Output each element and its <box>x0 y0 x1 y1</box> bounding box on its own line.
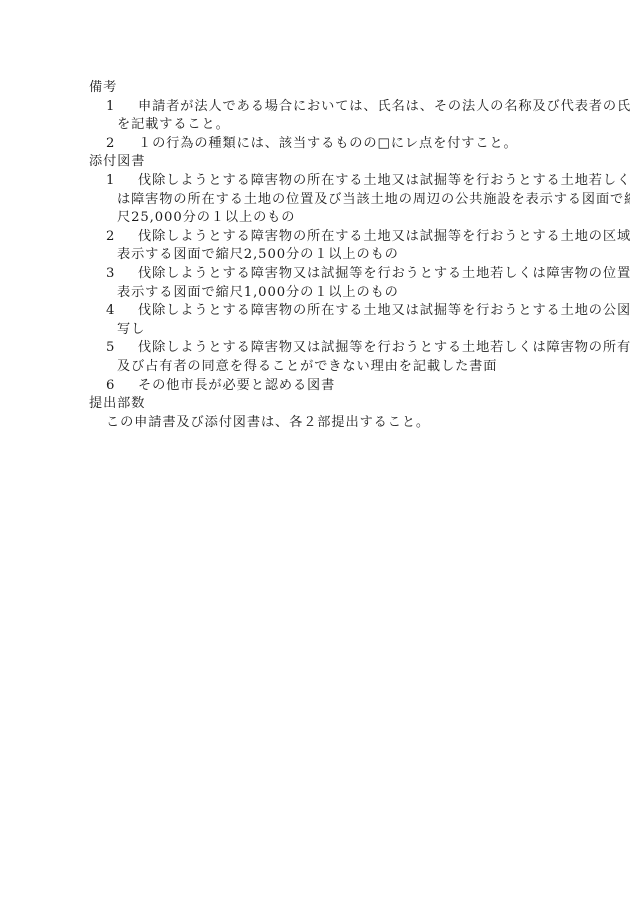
section-heading: 添付図書 <box>89 153 549 172</box>
item-text-line: 伐除しようとする障害物又は試掘等を行おうとする土地若しくは障害物の位置を <box>138 266 630 281</box>
item-number: 1 <box>106 98 138 117</box>
list-item: 5伐除しようとする障害物又は試掘等を行おうとする土地若しくは障害物の所有者 及び… <box>89 339 549 376</box>
item-number: 1 <box>106 172 138 191</box>
list-item: 1伐除しようとする障害物の所在する土地又は試掘等を行おうとする土地若しく は障害… <box>89 172 549 228</box>
document-page: 備考 1申請者が法人である場合においては、氏名は、その法人の名称及び代表者の氏名… <box>89 79 549 432</box>
list-item: 1申請者が法人である場合においては、氏名は、その法人の名称及び代表者の氏名 を記… <box>89 98 549 135</box>
item-text-line: 及び占有者の同意を得ることができない理由を記載した書面 <box>89 358 549 377</box>
item-text-line: 伐除しようとする障害物の所在する土地又は試掘等を行おうとする土地若しく <box>138 173 630 188</box>
item-text-line: １の行為の種類には、該当するものの□にレ点を付すこと。 <box>138 136 518 151</box>
list-item: 2１の行為の種類には、該当するものの□にレ点を付すこと。 <box>89 135 549 154</box>
item-number: 2 <box>106 135 138 154</box>
section-remarks: 備考 1申請者が法人である場合においては、氏名は、その法人の名称及び代表者の氏名… <box>89 79 549 153</box>
item-text-line: 伐除しようとする障害物の所在する土地又は試掘等を行おうとする土地の区域を <box>138 229 630 244</box>
list-item: 4伐除しようとする障害物の所在する土地又は試掘等を行おうとする土地の公図の 写し <box>89 302 549 339</box>
item-number: 4 <box>106 302 138 321</box>
item-number: 6 <box>106 377 138 396</box>
item-number: 5 <box>106 339 138 358</box>
item-text-line: その他市長が必要と認める図書 <box>138 378 335 393</box>
item-text-line: 伐除しようとする障害物又は試掘等を行おうとする土地若しくは障害物の所有者 <box>138 340 630 355</box>
item-text-line: 表示する図面で縮尺2,500分の１以上のもの <box>89 246 549 265</box>
paragraph: この申請書及び添付図書は、各２部提出すること。 <box>89 414 549 433</box>
item-text-line: 写し <box>89 321 549 340</box>
list-item: 3伐除しようとする障害物又は試掘等を行おうとする土地若しくは障害物の位置を 表示… <box>89 265 549 302</box>
section-heading: 提出部数 <box>89 395 549 414</box>
item-number: 3 <box>106 265 138 284</box>
item-text-line: 申請者が法人である場合においては、氏名は、その法人の名称及び代表者の氏名 <box>138 99 630 114</box>
item-text-line: は障害物の所在する土地の位置及び当該土地の周辺の公共施設を表示する図面で縮 <box>89 191 549 210</box>
item-text-line: 尺25,000分の１以上のもの <box>89 209 549 228</box>
item-text-line: 表示する図面で縮尺1,000分の１以上のもの <box>89 284 549 303</box>
item-text-line: を記載すること。 <box>89 116 549 135</box>
item-number: 2 <box>106 228 138 247</box>
section-heading: 備考 <box>89 79 549 98</box>
item-text-line: 伐除しようとする障害物の所在する土地又は試掘等を行おうとする土地の公図の <box>138 303 630 318</box>
list-item: 2伐除しようとする障害物の所在する土地又は試掘等を行おうとする土地の区域を 表示… <box>89 228 549 265</box>
section-submission-copies: 提出部数 この申請書及び添付図書は、各２部提出すること。 <box>89 395 549 432</box>
list-item: 6その他市長が必要と認める図書 <box>89 377 549 396</box>
section-attachments: 添付図書 1伐除しようとする障害物の所在する土地又は試掘等を行おうとする土地若し… <box>89 153 549 395</box>
